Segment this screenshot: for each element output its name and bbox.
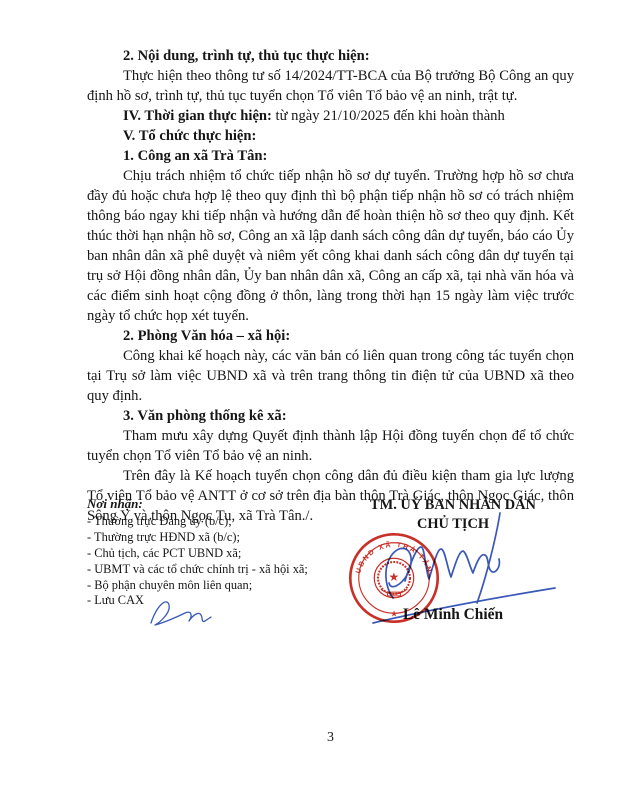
- recipient-item: - Thường trực Đảng ủy (b/c);: [87, 514, 337, 530]
- para-van-phong: Tham mưu xây dựng Quyết định thành lập H…: [87, 426, 574, 466]
- recipient-item: - UBMT và các tổ chức chính trị - xã hội…: [87, 562, 337, 578]
- para-thuc-hien: Thực hiện theo thông tư số 14/2024/TT-BC…: [87, 66, 574, 106]
- recipient-item: - Thường trực HĐND xã (b/c);: [87, 530, 337, 546]
- heading-to-chuc-text: V. Tổ chức thực hiện:: [123, 128, 256, 144]
- signature-icon: [355, 503, 560, 638]
- heading-phong-van-hoa: 2. Phòng Văn hóa – xã hội:: [87, 326, 574, 346]
- heading-van-phong: 3. Văn phòng thống kê xã:: [87, 406, 574, 426]
- heading-noi-dung-text: 2. Nội dung, trình tự, thủ tục thực hiện…: [123, 48, 370, 64]
- heading-noi-dung: 2. Nội dung, trình tự, thủ tục thực hiện…: [87, 46, 574, 66]
- initials-icon: [143, 591, 221, 633]
- recipients-label: Nơi nhận:: [87, 496, 337, 512]
- heading-van-phong-text: 3. Văn phòng thống kê xã:: [123, 408, 287, 424]
- document-page: 2. Nội dung, trình tự, thủ tục thực hiện…: [0, 0, 618, 800]
- heading-cong-an-xa-text: 1. Công an xã Trà Tân:: [123, 148, 267, 164]
- para-cong-an-xa: Chịu trách nhiệm tổ chức tiếp nhận hồ sơ…: [87, 166, 574, 326]
- recipient-item: - Chủ tịch, các PCT UBND xã;: [87, 546, 337, 562]
- page-number: 3: [87, 730, 574, 746]
- document-body: 2. Nội dung, trình tự, thủ tục thực hiện…: [87, 46, 574, 526]
- para-phong-van-hoa: Công khai kế hoạch này, các văn bản có l…: [87, 346, 574, 406]
- heading-thoi-gian-text: từ ngày 21/10/2025 đến khi hoàn thành: [272, 108, 505, 124]
- heading-phong-van-hoa-text: 2. Phòng Văn hóa – xã hội:: [123, 328, 290, 344]
- heading-to-chuc: V. Tổ chức thực hiện:: [87, 126, 574, 146]
- heading-cong-an-xa: 1. Công an xã Trà Tân:: [87, 146, 574, 166]
- heading-thoi-gian-label: IV. Thời gian thực hiện:: [123, 108, 272, 124]
- heading-thoi-gian: IV. Thời gian thực hiện: từ ngày 21/10/2…: [87, 106, 574, 126]
